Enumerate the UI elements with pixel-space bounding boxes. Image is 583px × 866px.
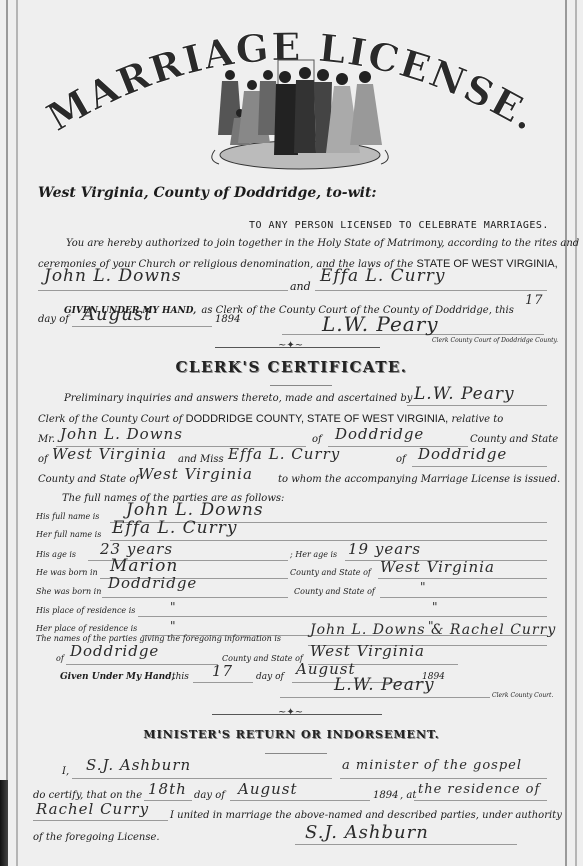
clerk-caption: Clerk County Court of Doddridge County. bbox=[432, 337, 558, 344]
her-residence-label: Her place of residence is bbox=[36, 624, 137, 633]
cert-line-1: Preliminary inquiries and answers theret… bbox=[64, 393, 412, 404]
her-full-name-label: Her full name is bbox=[36, 530, 101, 539]
license-issued-text: to whom the accompanying Marriage Licens… bbox=[278, 474, 560, 485]
cert-line-2-prefix: Clerk of the County Court of bbox=[38, 414, 182, 425]
cert-signature-line bbox=[280, 697, 490, 698]
cert-signature: L.W. Peary bbox=[334, 675, 435, 695]
minister-name: S.J. Ashburn bbox=[86, 756, 191, 774]
of-label-2: of bbox=[38, 454, 48, 465]
place-line-2 bbox=[33, 820, 168, 821]
informant-of-label: of bbox=[56, 654, 64, 663]
day-line bbox=[144, 800, 192, 801]
her-full-name-line bbox=[110, 540, 547, 541]
miss-state: West Virginia bbox=[138, 465, 253, 483]
closing-text: of the foregoing License. bbox=[33, 832, 160, 843]
county-state-of-label: County and State of bbox=[38, 474, 139, 485]
her-age-label: ; Her age is bbox=[290, 550, 337, 559]
he-born-label: He was born in bbox=[36, 568, 98, 577]
he-born: Marion bbox=[110, 556, 178, 576]
cert-day-of-label: day of bbox=[256, 672, 284, 682]
she-state: " bbox=[420, 580, 427, 594]
her-residence: " bbox=[170, 619, 177, 633]
cert-line-2: Clerk of the County Court of DODDRIDGE C… bbox=[38, 413, 503, 425]
cert-day-line bbox=[193, 682, 253, 683]
cert-this-label: this bbox=[172, 672, 189, 682]
his-residence-ditto: " bbox=[432, 600, 439, 614]
she-state-label: County and State of bbox=[294, 587, 375, 596]
minister-role-line bbox=[340, 778, 547, 779]
miss-county-line bbox=[412, 466, 547, 467]
his-age-label: His age is bbox=[36, 550, 76, 559]
clerk-certificate-title: CLERK'S CERTIFICATE. bbox=[0, 358, 583, 376]
marriage-license-document: MARRIAGE LICENSE. West Virginia, County … bbox=[0, 0, 583, 866]
mr-county: Doddridge bbox=[335, 425, 424, 443]
informant-county-line bbox=[66, 664, 218, 665]
bride-line bbox=[315, 290, 547, 291]
ornament-icon: ~✦~ bbox=[278, 340, 303, 351]
title-underline bbox=[270, 385, 332, 386]
he-state-label: County and State of bbox=[290, 568, 371, 577]
her-age: 19 years bbox=[348, 540, 421, 558]
his-residence: " bbox=[170, 600, 177, 614]
he-state-line bbox=[378, 578, 547, 579]
she-born: Doddridge bbox=[108, 574, 197, 592]
cert-county-state: DODDRIDGE COUNTY, STATE OF WEST VIRGINIA… bbox=[186, 413, 449, 425]
groom-name-handwritten: John L. Downs bbox=[44, 266, 182, 286]
county-heading: West Virginia, County of Doddridge, to-w… bbox=[38, 185, 377, 201]
marriage-place: the residence of bbox=[418, 782, 540, 797]
his-full-name-label: His full name is bbox=[36, 512, 99, 521]
marriage-month: August bbox=[238, 780, 297, 798]
groom-line bbox=[38, 290, 288, 291]
minister-signature: S.J. Ashburn bbox=[305, 822, 429, 843]
clerk-signature: L.W. Peary bbox=[322, 312, 439, 336]
mr-state: West Virginia bbox=[52, 445, 167, 463]
his-residence-line bbox=[138, 616, 547, 617]
day-of-label: day of bbox=[38, 314, 69, 325]
cert-given-day: 17 bbox=[212, 662, 233, 680]
scan-edge-shadow bbox=[0, 780, 8, 866]
minister-signature-line bbox=[295, 844, 517, 845]
i-label: I, bbox=[62, 766, 69, 777]
mr-of-label: of bbox=[312, 434, 322, 445]
address-line: TO ANY PERSON LICENSED TO CELEBRATE MARR… bbox=[249, 220, 549, 231]
informant-names: John L. Downs & Rachel Curry bbox=[310, 622, 556, 638]
miss-of-label: of bbox=[396, 454, 406, 465]
united-text: I united in marriage the above-named and… bbox=[170, 810, 562, 821]
cert-clerk-name: L.W. Peary bbox=[414, 384, 515, 404]
title-underline-2 bbox=[265, 753, 327, 754]
marriage-place-2: Rachel Curry bbox=[36, 800, 149, 818]
minister-role: a minister of the gospel bbox=[342, 758, 522, 773]
minister-day-of-label: day of bbox=[194, 790, 225, 801]
given-day: 17 bbox=[525, 293, 544, 308]
and-miss-label: and Miss bbox=[178, 454, 224, 465]
authorize-text-1: You are hereby authorized to join togeth… bbox=[66, 238, 579, 249]
miss-name: Effa L. Curry bbox=[228, 445, 340, 463]
month-line bbox=[72, 326, 212, 327]
mr-name: John L. Downs bbox=[60, 425, 183, 443]
his-residence-label: His place of residence is bbox=[36, 606, 135, 615]
marriage-year: 1894 bbox=[373, 790, 398, 801]
her-full-name: Effa L. Curry bbox=[112, 518, 237, 538]
his-full-name: John L. Downs bbox=[126, 500, 264, 520]
place-line bbox=[414, 800, 547, 801]
she-born-label: She was born in bbox=[36, 587, 101, 596]
cert-line-1-rule bbox=[407, 405, 547, 406]
he-state: West Virginia bbox=[380, 558, 495, 576]
informant-state-label: County and State of bbox=[222, 654, 303, 663]
wedding-scene-icon bbox=[210, 55, 390, 175]
miss-county: Doddridge bbox=[418, 445, 507, 463]
bride-name-handwritten: Effa L. Curry bbox=[320, 266, 445, 286]
cert-signature-caption: Clerk County Court. bbox=[492, 692, 553, 699]
mr-label: Mr. bbox=[38, 434, 55, 445]
she-state-line bbox=[380, 597, 547, 598]
and-label: and bbox=[290, 280, 311, 293]
she-born-line bbox=[102, 597, 288, 598]
minister-name-line bbox=[72, 778, 332, 779]
cert-line-2-suffix: relative to bbox=[451, 414, 503, 425]
informant-county: Doddridge bbox=[70, 642, 159, 660]
minister-return-title: MINISTER'S RETURN OR INDORSEMENT. bbox=[0, 728, 583, 741]
cert-given-label: Given Under My Hand, bbox=[60, 672, 175, 682]
given-month: August bbox=[82, 304, 152, 325]
month-line-2 bbox=[230, 800, 370, 801]
given-year: 1894 bbox=[215, 314, 240, 325]
marriage-day: 18th bbox=[148, 780, 187, 798]
county-state-label: County and State bbox=[470, 434, 558, 445]
ornament-icon-2: ~✦~ bbox=[278, 707, 303, 718]
informant-state: West Virginia bbox=[310, 642, 425, 660]
